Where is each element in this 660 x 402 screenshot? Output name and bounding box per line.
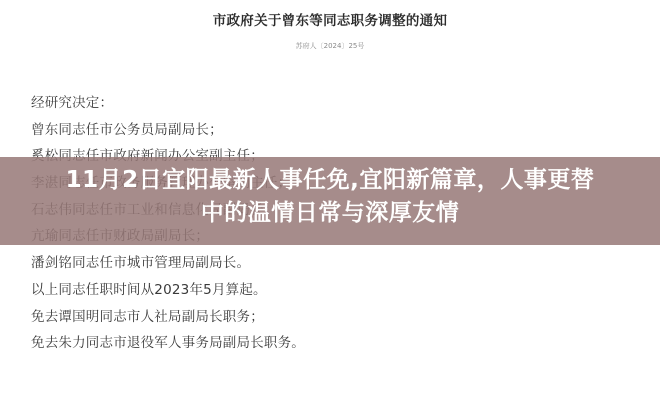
headline-line-1: 11月2日宜阳最新人事任免,宜阳新篇章，人事更替 bbox=[0, 164, 660, 197]
article-image: 市政府关于曾东等同志职务调整的通知 苏府人〔2024〕25号 经研究决定： 曾东… bbox=[0, 0, 660, 402]
document-line: 曾东同志任市公务员局副局长； bbox=[31, 117, 305, 144]
headline-text: 11月2日宜阳最新人事任免,宜阳新篇章，人事更替 中的温情日常与深厚友情 bbox=[0, 164, 660, 230]
document-line: 免去谭国明同志市人社局副局长职务； bbox=[31, 304, 305, 331]
document-line: 免去朱力同志市退役军人事务局副局长职务。 bbox=[31, 330, 305, 357]
document-line: 经研究决定： bbox=[31, 90, 305, 117]
document-line: 以上同志任职时间从2023年5月算起。 bbox=[31, 277, 305, 304]
headline-line-2: 中的温情日常与深厚友情 bbox=[0, 197, 660, 230]
document-number: 苏府人〔2024〕25号 bbox=[0, 41, 660, 51]
document-title: 市政府关于曾东等同志职务调整的通知 bbox=[0, 9, 660, 29]
document-line: 潘剑铭同志任市城市管理局副局长。 bbox=[31, 250, 305, 277]
